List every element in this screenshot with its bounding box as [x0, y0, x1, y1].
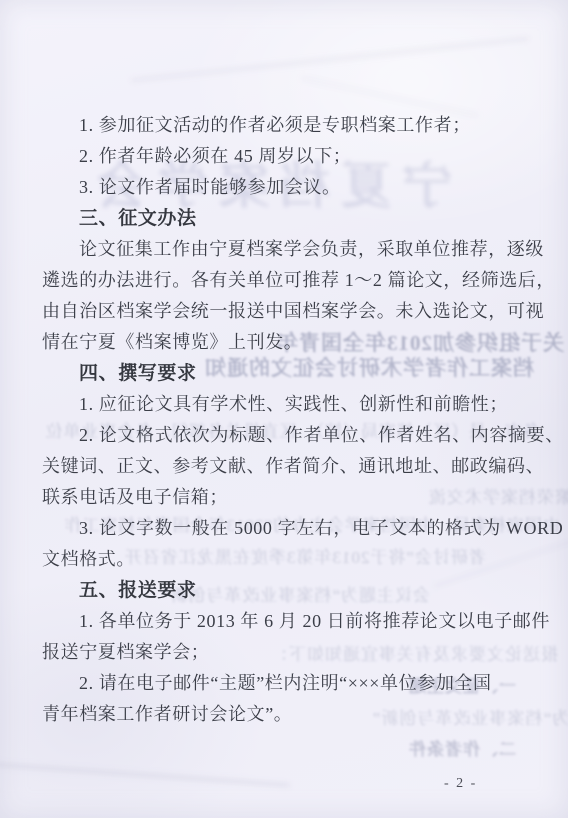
section-heading: 四、撰写要求	[42, 358, 538, 389]
text-line: 1. 参加征文活动的作者必须是专职档案工作者；	[42, 110, 538, 141]
text-line: 2. 论文格式依次为标题、作者单位、作者姓名、内容摘要、	[42, 420, 538, 451]
page-number: - 2 -	[444, 776, 477, 792]
section-heading: 三、征文办法	[42, 203, 538, 234]
text-line: 1. 各单位务于 2013 年 6 月 20 日前将推荐论文以电子邮件	[42, 606, 538, 637]
text-line: 情在宁夏《档案博览》上刊发。	[42, 327, 538, 358]
text-line: 文档格式。	[42, 544, 538, 575]
paper-crease	[0, 761, 290, 787]
text-line: 联系电话及电子信箱；	[42, 482, 538, 513]
text-line: 关键词、正文、参考文献、作者简介、通讯地址、邮政编码、	[42, 451, 538, 482]
text-line: 1. 应征论文具有学术性、实践性、创新性和前瞻性；	[42, 389, 538, 420]
text-line: 论文征集工作由宁夏档案学会负责，采取单位推荐，逐级	[42, 234, 538, 265]
bleedthrough-fragment: 二、作者条件	[408, 735, 516, 760]
scanned-document-page: 宁夏档案学会 关于组织参加2013年全国青年 档案工作者学术研讨会征文的通知 各…	[0, 0, 568, 818]
paper-crease	[131, 37, 529, 82]
section-heading: 五、报送要求	[42, 575, 538, 606]
text-line: 3. 论文作者届时能够参加会议。	[42, 172, 538, 203]
text-line: 2. 作者年龄必须在 45 周岁以下；	[42, 141, 538, 172]
text-line: 3. 论文字数一般在 5000 字左右，电子文本的格式为 WORD	[42, 513, 538, 544]
text-line: 由自治区档案学会统一报送中国档案学会。未入选论文，可视	[42, 296, 538, 327]
text-line: 2. 请在电子邮件“主题”栏内注明“×××单位参加全国	[42, 668, 538, 699]
text-line: 遴选的办法进行。各有关单位可推荐 1～2 篇论文，经筛选后，	[42, 265, 538, 296]
text-line: 青年档案工作者研讨会论文”。	[42, 699, 538, 730]
text-line: 报送宁夏档案学会；	[42, 637, 538, 668]
document-body: 1. 参加征文活动的作者必须是专职档案工作者；2. 作者年龄必须在 45 周岁以…	[42, 110, 538, 730]
